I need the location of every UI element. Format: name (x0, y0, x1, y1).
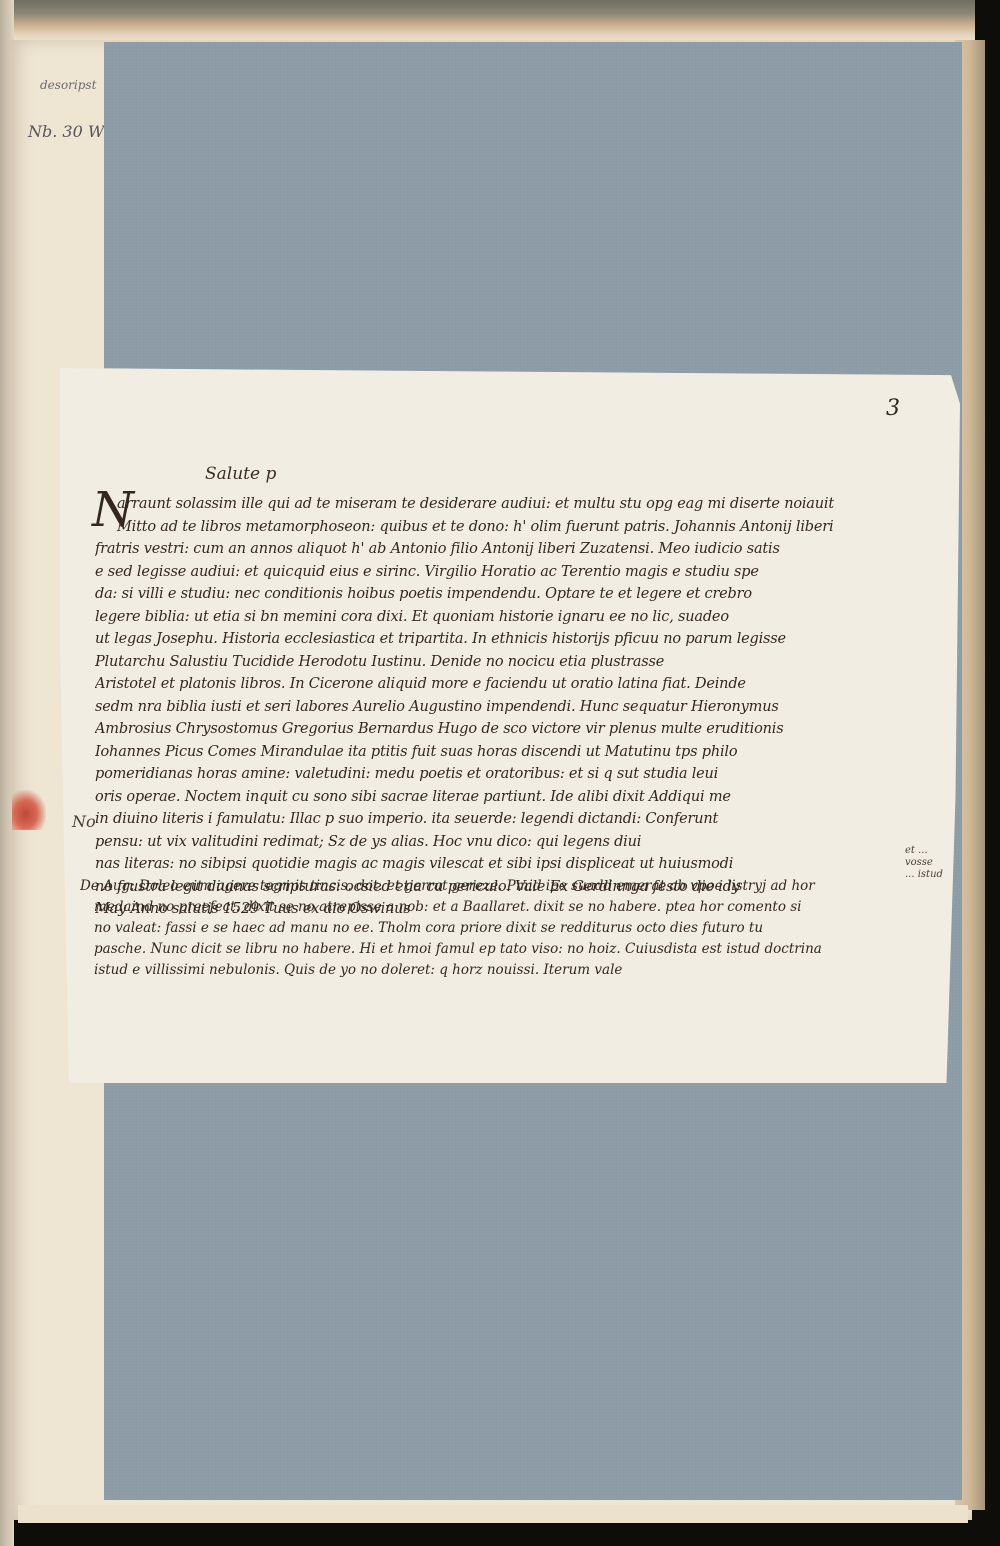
postscript-line: no valeat: fassi e se haec ad manu no ee… (80, 918, 930, 939)
right-margin-annotation: et ... vosse ... istud (905, 845, 945, 881)
letter-sheet: 3 Salute p N arraunt solassim ille qui a… (60, 368, 960, 1083)
letter-line: oris operae. Noctem inquit cu sono sibi … (95, 785, 925, 809)
red-seal-stain (12, 790, 46, 830)
left-margin-annotation: No (72, 812, 96, 831)
letter-line: Ambrosius Chrysostomus Gregorius Bernard… (95, 717, 925, 741)
host-page-bottom-edge (18, 1505, 968, 1523)
postscript-line: medaind no preefect. dixit se no atrepis… (80, 897, 930, 918)
letter-line: fratris vestri: cum an annos aliquot h' … (95, 537, 925, 561)
letter-line: ut legas Josephu. Historia ecclesiastica… (95, 627, 925, 651)
letter-line: arraunt solassim ille qui ad te miseram … (95, 492, 925, 516)
letter-line: Plutarchu Salustiu Tucidide Herodotu Ius… (95, 650, 925, 674)
letter-line: sedm nra biblia iusti et seri labores Au… (95, 695, 925, 719)
postscript-line: istud e villissimi nebulonis. Quis de yo… (80, 960, 930, 981)
letter-line: legere biblia: ut etia si bn memini cora… (95, 605, 925, 629)
postscript-line: De Aug: Doleo eum agere tegmis tincis. d… (80, 876, 930, 897)
folio-number: 3 (886, 396, 900, 421)
letter-line: Aristotel et platonis libros. In Ciceron… (95, 672, 925, 696)
letter-line: e sed legisse audiui: et quicquid eius e… (95, 560, 925, 584)
letter-line: in diuino literis i famulatu: Illac p su… (95, 807, 925, 831)
salutation: Salute p (205, 464, 276, 484)
postscript-line: pasche. Nunc dicit se libru no habere. H… (80, 939, 930, 960)
letter-line: da: si villi e studiu: nec conditionis h… (95, 582, 925, 606)
margin-note-top: desoripst (40, 78, 96, 92)
postscript: De Aug: Doleo eum agere tegmis tincis. d… (80, 876, 930, 981)
letter-body: arraunt solassim ille qui ad te miseram … (95, 493, 925, 921)
letter-line: Mitto ad te libros metamorphoseon: quibu… (95, 515, 925, 539)
letter-line: pomeridianas horas amine: valetudini: me… (95, 762, 925, 786)
letter-line: Iohannes Picus Comes Mirandulae ita ptit… (95, 740, 925, 764)
letter-line: nas literas: no sibipsi quotidie magis a… (95, 852, 925, 876)
letter-line: pensu: ut vix valitudini redimat; Sz de … (95, 830, 925, 854)
book-top-edge (0, 0, 975, 44)
